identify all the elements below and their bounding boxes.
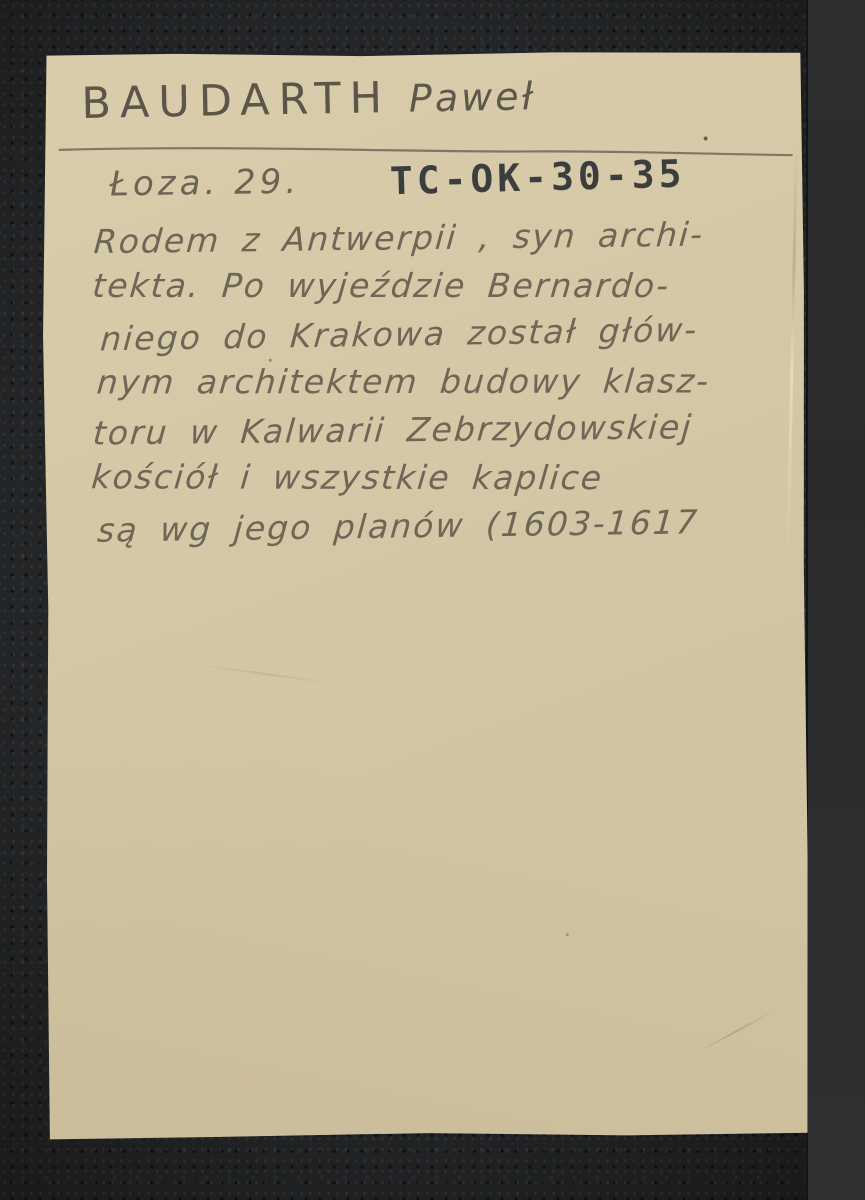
paper-crease (696, 1009, 776, 1053)
handwritten-note: Rodem z Antwerpii , syn archi- tekta. Po… (90, 212, 792, 552)
given-name-text: Paweł (408, 74, 535, 120)
surname-text: BAUDARTH (81, 73, 391, 129)
index-card: BAUDARTHPaweł Łoza. 29. TC-OK-30-35 Rode… (41, 50, 810, 1140)
note-line: tekta. Po wyjeździe Bernardo- (90, 262, 792, 310)
reference-row: Łoza. 29. TC-OK-30-35 (42, 154, 805, 208)
book-spine-strip (806, 0, 865, 1200)
paper-speck (269, 359, 272, 362)
catalog-number: TC-OK-30-35 (389, 152, 686, 204)
paper-speck (566, 933, 569, 936)
paper-speck (704, 137, 708, 141)
note-line: Rodem z Antwerpii , syn archi- (92, 210, 792, 267)
note-line: niego do Krakowa został głów- (99, 304, 793, 363)
note-line: są wg jego planów (1603-1617 (96, 497, 794, 555)
card-header: BAUDARTHPaweł (81, 70, 536, 129)
paper-crease (195, 663, 334, 684)
note-line: kościół i wszystkie kaplice (89, 453, 793, 502)
citation-text: Łoza. 29. (110, 162, 301, 205)
note-line: nym architektem budowy klasz- (95, 357, 793, 406)
note-line: toru w Kalwarii Zebrzydowskiej (91, 402, 793, 457)
